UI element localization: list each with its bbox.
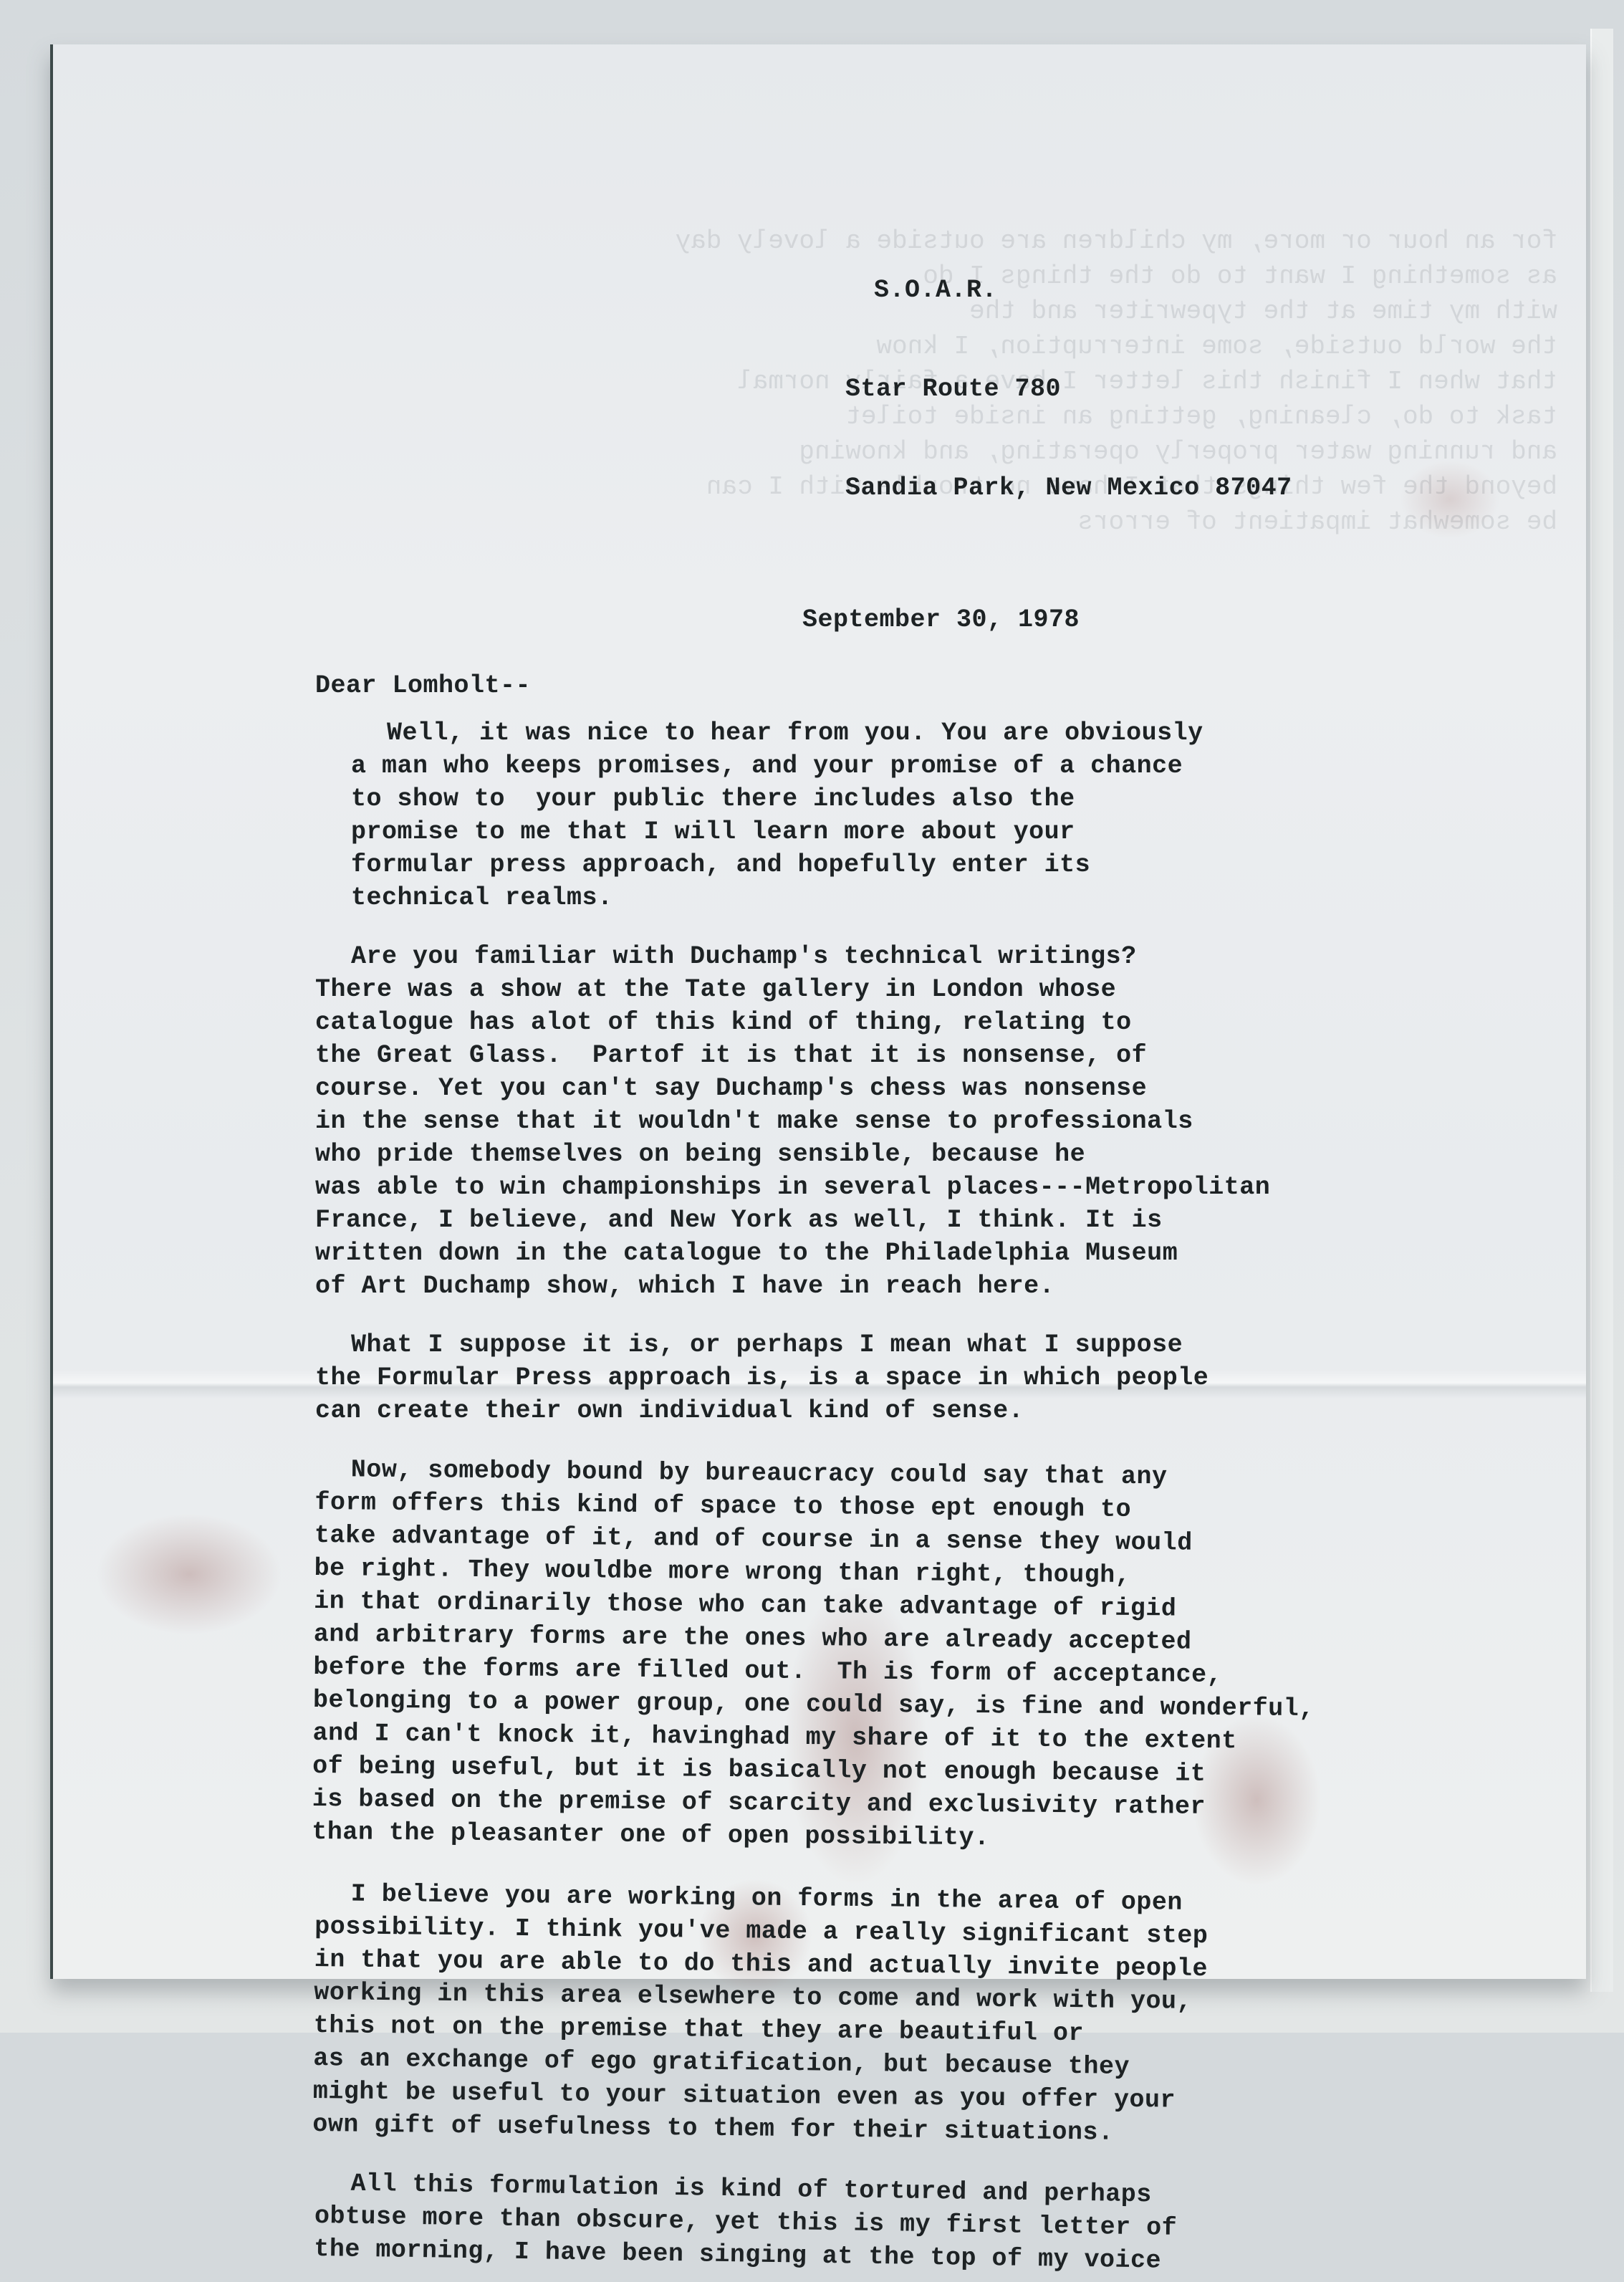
paragraph-line: who pride themselves on being sensible, … xyxy=(315,1138,1476,1171)
letterhead-city: Sandia Park, New Mexico 87047 xyxy=(845,471,1476,504)
stain-left xyxy=(96,1513,282,1635)
paragraph-line: What I suppose it is, or perhaps I mean … xyxy=(315,1328,1476,1361)
paragraph-line: formular press approach, and hopefully e… xyxy=(351,848,1476,881)
letterhead-street: Star Route 780 xyxy=(845,373,1476,406)
paragraph: Are you familiar with Duchamp's technica… xyxy=(315,940,1476,1303)
paragraph-line: can create their own individual kind of … xyxy=(315,1394,1476,1427)
paragraph-line: the Formular Press approach is, is a spa… xyxy=(315,1361,1476,1394)
paragraph-line: Are you familiar with Duchamp's technica… xyxy=(315,940,1476,973)
paragraph-line: of Art Duchamp show, which I have in rea… xyxy=(315,1270,1476,1303)
paragraph-line: Well, it was nice to hear from you. You … xyxy=(351,716,1476,749)
salutation: Dear Lomholt-- xyxy=(315,669,1476,702)
paragraph: Now, somebody bound by bureaucracy could… xyxy=(312,1453,1476,1859)
paragraph: Well, it was nice to hear from you. You … xyxy=(351,716,1476,914)
letterhead-org: S.O.A.R. xyxy=(874,274,1476,307)
paragraph-line: was able to win championships in several… xyxy=(315,1171,1476,1204)
underlying-sheet-edge xyxy=(1590,29,1613,1992)
paragraph-line: the Great Glass. Partof it is that it is… xyxy=(315,1039,1476,1072)
paragraph-line: promise to me that I will learn more abo… xyxy=(351,815,1476,848)
paragraph-line: catalogue has alot of this kind of thing… xyxy=(315,1006,1476,1039)
paragraph-line: course. Yet you can't say Duchamp's ches… xyxy=(315,1072,1476,1105)
paragraph-line: technical realms. xyxy=(351,881,1476,914)
paragraph-line: There was a show at the Tate gallery in … xyxy=(315,973,1476,1006)
paragraph-line: written down in the catalogue to the Phi… xyxy=(315,1237,1476,1270)
paragraph-line: France, I believe, and New York as well,… xyxy=(315,1204,1476,1237)
paragraph-line: to show to your public there includes al… xyxy=(351,782,1476,815)
letterhead: S.O.A.R. Star Route 780 Sandia Park, New… xyxy=(845,208,1476,570)
paragraph: What I suppose it is, or perhaps I mean … xyxy=(315,1328,1476,1427)
letter-date: September 30, 1978 xyxy=(802,603,1476,636)
paragraph: I believe you are working on forms in th… xyxy=(312,1877,1476,2033)
paragraph-line: a man who keeps promises, and your promi… xyxy=(351,749,1476,782)
paragraph-line: in the sense that it wouldn't make sense… xyxy=(315,1105,1476,1138)
letter-paragraphs: Well, it was nice to hear from you. You … xyxy=(315,716,1476,2033)
letter-body: S.O.A.R. Star Route 780 Sandia Park, New… xyxy=(315,208,1476,2033)
